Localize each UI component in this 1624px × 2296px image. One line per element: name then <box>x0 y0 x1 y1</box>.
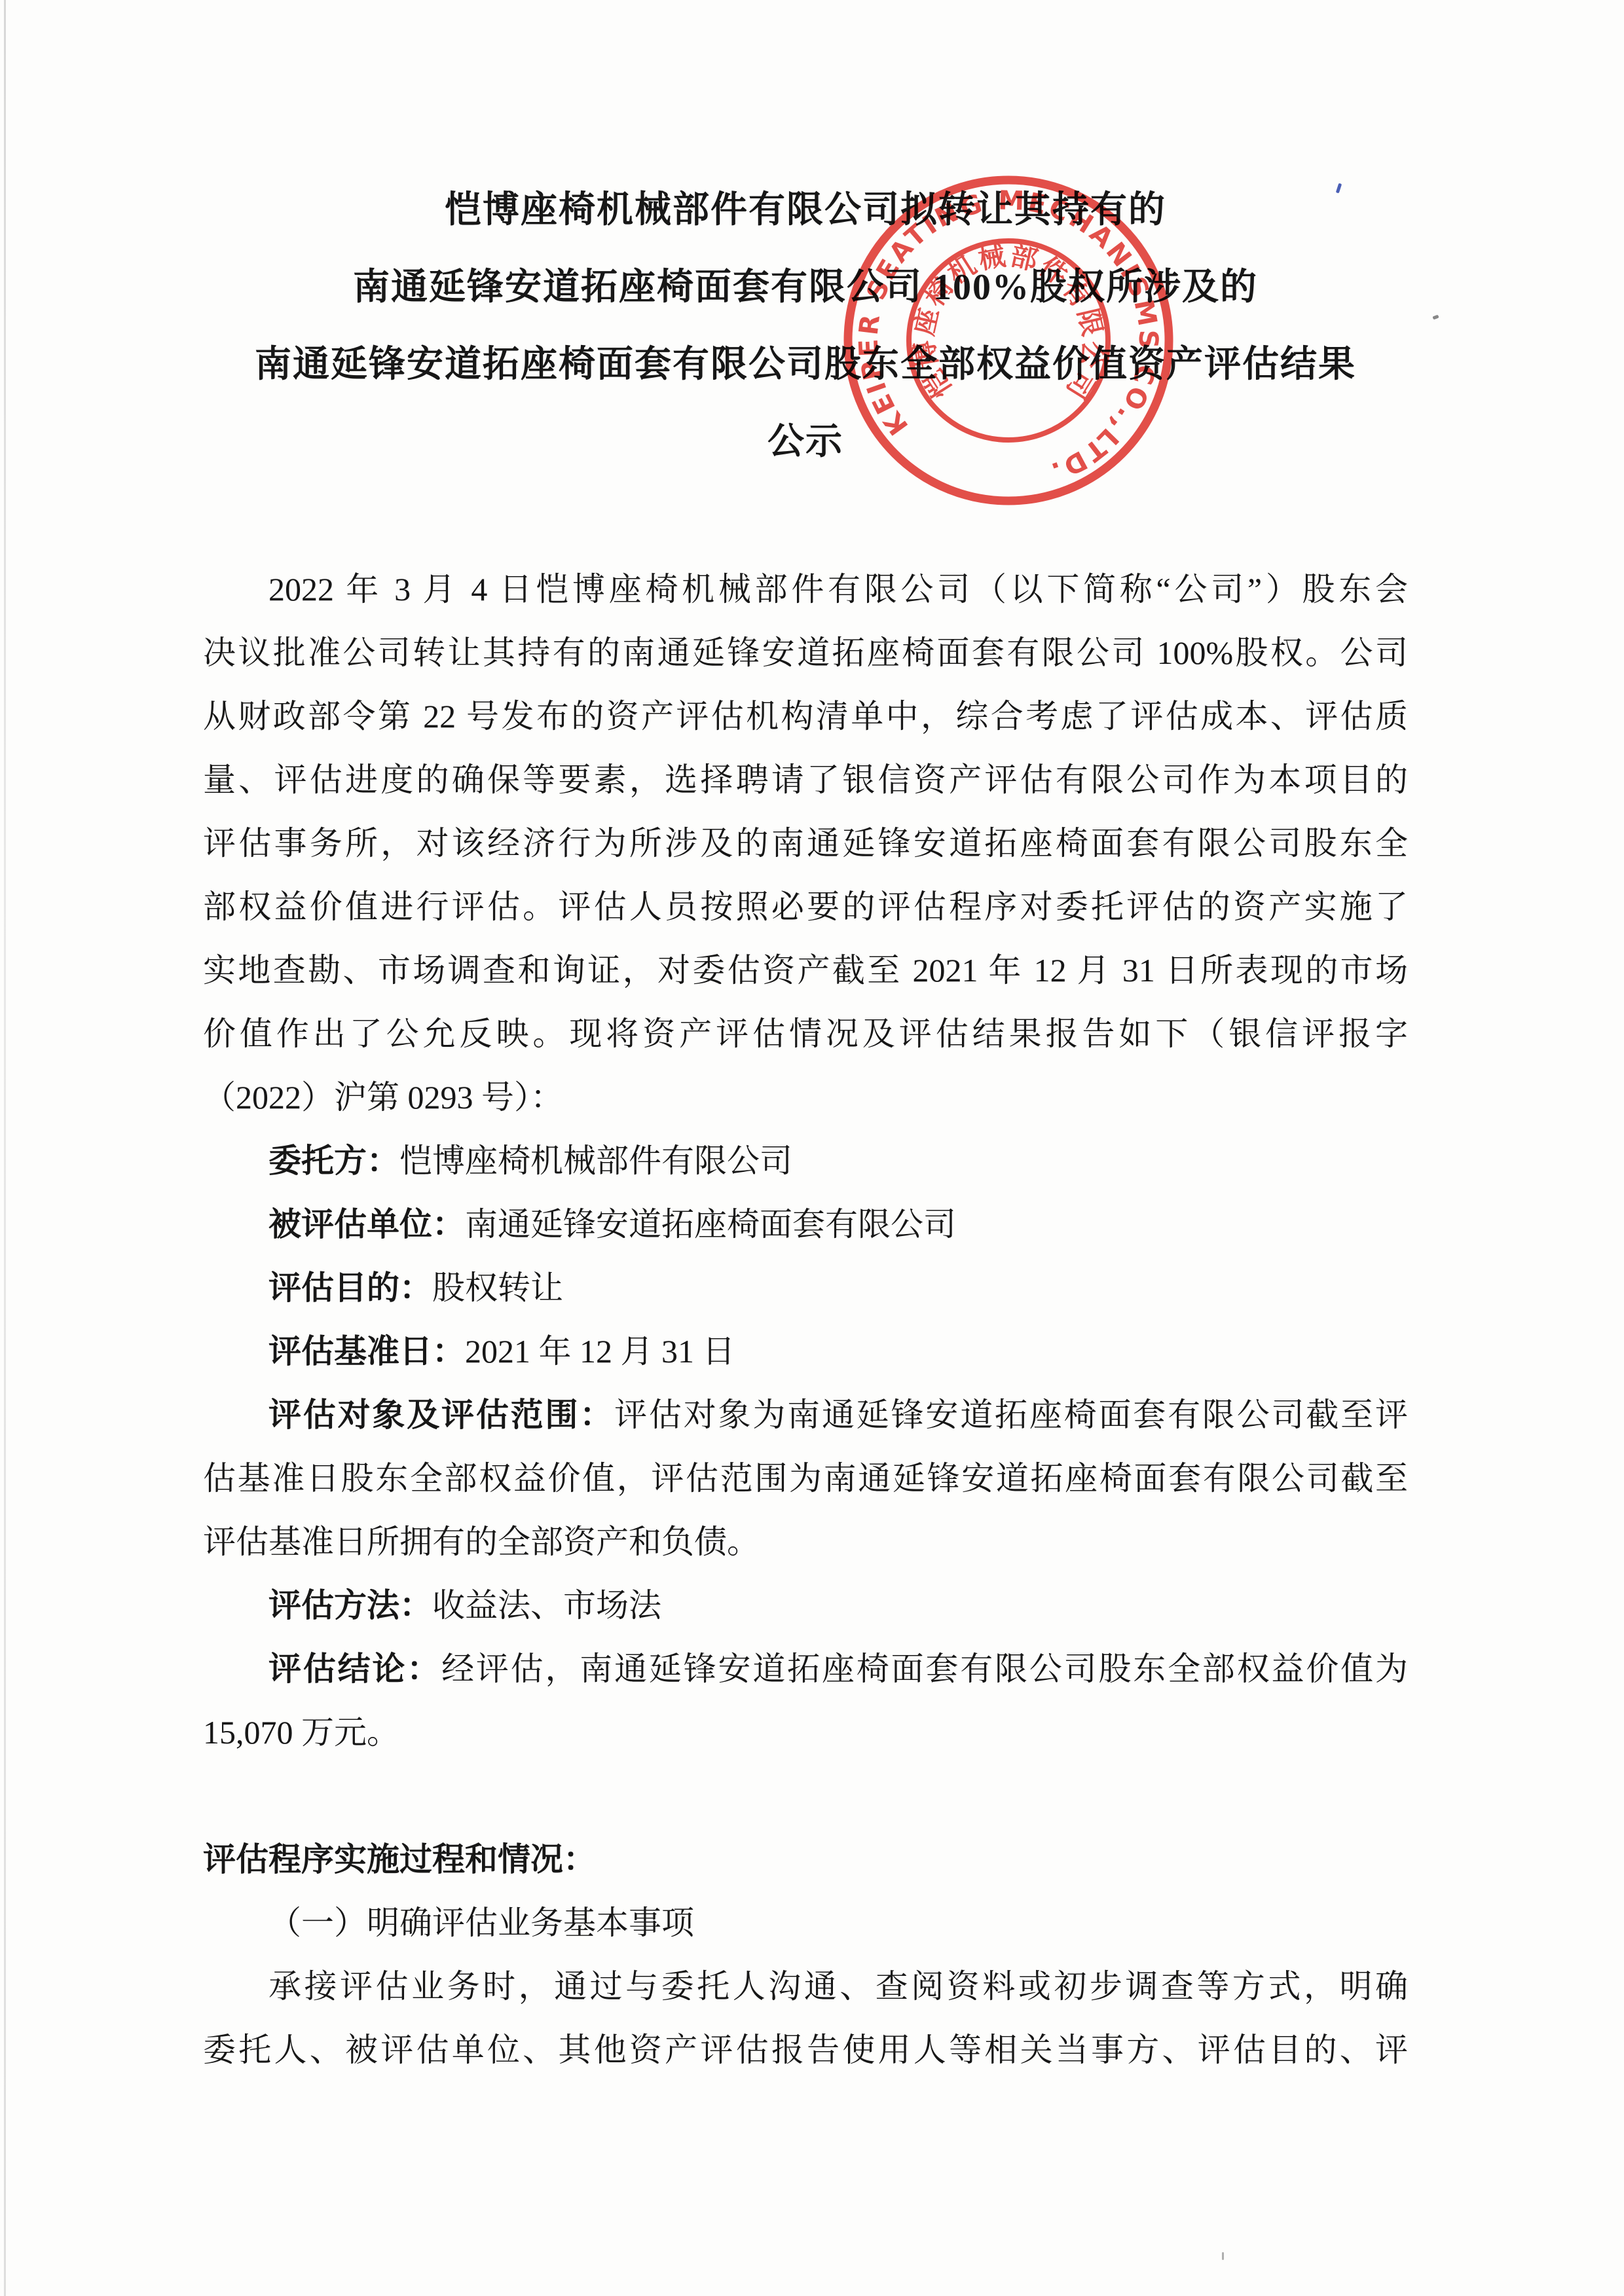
paragraph-line: 2022 年 3 月 4 日恺博座椅机械部件有限公司（以下简称“公司”）股东会 <box>203 558 1408 621</box>
scan-artifact-bottom-speck <box>1222 2252 1224 2260</box>
document-body: 2022 年 3 月 4 日恺博座椅机械部件有限公司（以下简称“公司”）股东会 … <box>203 558 1408 2082</box>
scan-artifact-dark-speck <box>1432 315 1439 320</box>
field-value: 股权转让 <box>432 1269 563 1306</box>
field-value: 恺博座椅机械部件有限公司 <box>399 1142 792 1179</box>
field-label: 评估对象及评估范围： <box>268 1396 614 1433</box>
paragraph-line: 估基准日股东全部权益价值，评估范围为南通延锋安道拓座椅面套有限公司截至 <box>203 1447 1408 1510</box>
paragraph-line: 量、评估进度的确保等要素，选择聘请了银信资产评估有限公司作为本项目的 <box>203 748 1408 812</box>
field-label: 评估方法： <box>268 1587 432 1624</box>
title-line-1: 恺博座椅机械部件有限公司拟转让其持有的 <box>203 172 1408 249</box>
paragraph-line: 评估事务所，对该经济行为所涉及的南通延锋安道拓座椅面套有限公司股东全 <box>203 812 1408 875</box>
paragraph-line: 从财政部令第 22 号发布的资产评估机构清单中，综合考虑了评估成本、评估质 <box>203 685 1408 748</box>
section-heading: 评估程序实施过程和情况： <box>203 1828 1408 1891</box>
paragraph-line: 价值作出了公允反映。现将资产评估情况及评估结果报告如下（银信评报字 <box>203 1002 1408 1066</box>
field-line-purpose: 评估目的：股权转让 <box>203 1256 1408 1320</box>
field-label: 评估基准日： <box>268 1333 465 1370</box>
field-value: 评估对象为南通延锋安道拓座椅面套有限公司截至评 <box>614 1396 1408 1433</box>
field-value: 南通延锋安道拓座椅面套有限公司 <box>465 1206 956 1243</box>
field-value: 经评估，南通延锋安道拓座椅面套有限公司股东全部权益价值为 <box>441 1650 1408 1687</box>
document-title: 恺博座椅机械部件有限公司拟转让其持有的 南通延锋安道拓座椅面套有限公司 100%… <box>203 172 1408 481</box>
field-label: 评估结论： <box>268 1650 441 1687</box>
field-line-conclusion: 评估结论：经评估，南通延锋安道拓座椅面套有限公司股东全部权益价值为 <box>203 1637 1408 1701</box>
paragraph-line: 实地查勘、市场调查和询证，对委估资产截至 2021 年 12 月 31 日所表现… <box>203 939 1408 1002</box>
field-value: 2021 年 12 月 31 日 <box>465 1333 735 1370</box>
field-line-base-date: 评估基准日：2021 年 12 月 31 日 <box>203 1320 1408 1383</box>
paragraph-line: （2022）沪第 0293 号）： <box>203 1066 1408 1129</box>
paragraph-line: 决议批准公司转让其持有的南通延锋安道拓座椅面套有限公司 100%股权。公司 <box>203 621 1408 685</box>
scan-edge-line <box>4 0 6 2296</box>
field-value: 收益法、市场法 <box>432 1587 661 1624</box>
field-line-evaluated-unit: 被评估单位：南通延锋安道拓座椅面套有限公司 <box>203 1193 1408 1256</box>
field-line-method: 评估方法：收益法、市场法 <box>203 1574 1408 1637</box>
conclusion-value-line: 15,070 万元。 <box>203 1701 1408 1764</box>
paragraph-line: 评估基准日所拥有的全部资产和负债。 <box>203 1510 1408 1574</box>
title-line-3: 南通延锋安道拓座椅面套有限公司股东全部权益价值资产评估结果 <box>203 326 1408 403</box>
field-line-client: 委托方：恺博座椅机械部件有限公司 <box>203 1129 1408 1193</box>
list-item-line: （一）明确评估业务基本事项 <box>203 1891 1408 1955</box>
title-line-4: 公示 <box>203 403 1408 481</box>
scanned-document-page: 恺博座椅机械部件有限公司拟转让其持有的 南通延锋安道拓座椅面套有限公司 100%… <box>0 0 1624 2296</box>
paragraph-line: 承接评估业务时，通过与委托人沟通、查阅资料或初步调查等方式，明确 <box>203 1955 1408 2018</box>
field-label: 委托方： <box>268 1142 399 1179</box>
paragraph-line: 委托人、被评估单位、其他资产评估报告使用人等相关当事方、评估目的、评 <box>203 2018 1408 2082</box>
paragraph-line: 部权益价值进行评估。评估人员按照必要的评估程序对委托评估的资产实施了 <box>203 875 1408 939</box>
field-label: 评估目的： <box>268 1269 432 1306</box>
field-label: 被评估单位： <box>268 1206 465 1243</box>
title-line-2: 南通延锋安道拓座椅面套有限公司 100%股权所涉及的 <box>203 249 1408 326</box>
field-line-scope: 评估对象及评估范围：评估对象为南通延锋安道拓座椅面套有限公司截至评 <box>203 1383 1408 1447</box>
document-content: 恺博座椅机械部件有限公司拟转让其持有的 南通延锋安道拓座椅面套有限公司 100%… <box>203 172 1408 2082</box>
